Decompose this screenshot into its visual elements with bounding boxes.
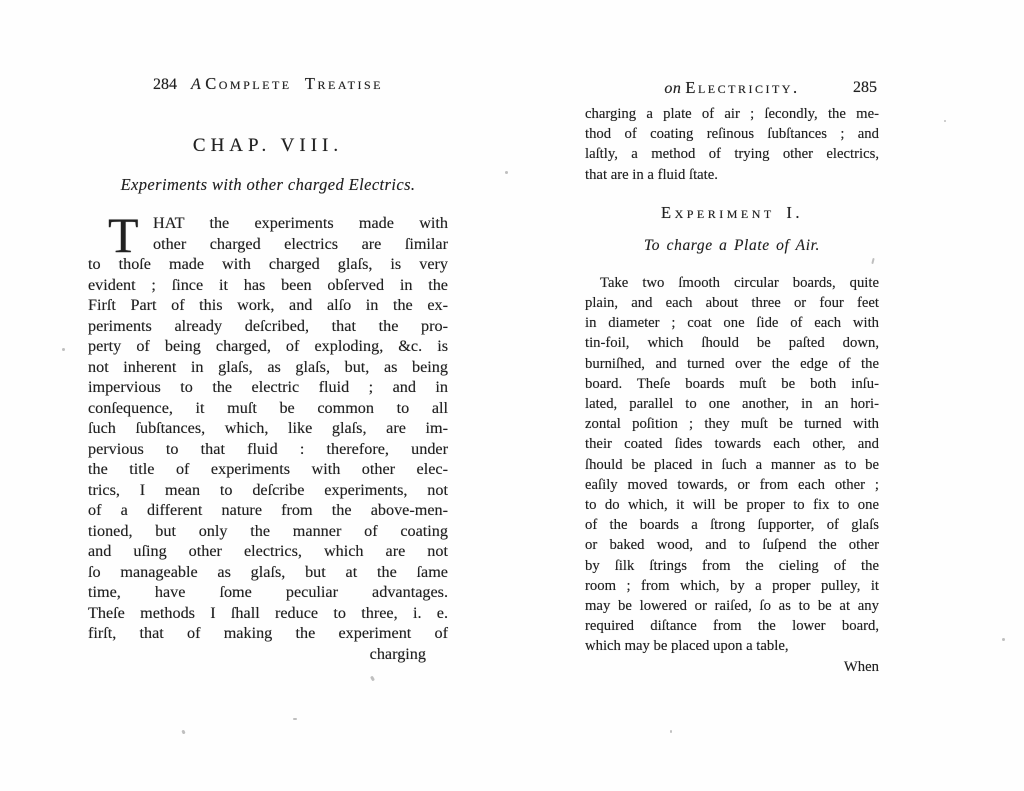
text-line: the title of experiments with other elec… — [88, 459, 448, 480]
text-line: by ſilk ſtrings from the cieling of the — [585, 556, 879, 576]
scan-speck — [944, 120, 946, 122]
text-line: ſuch ſubſtances, which, like glaſs, are … — [88, 418, 448, 439]
chapter-heading: CHAP. VIII. — [88, 134, 448, 158]
right-body-text: Take two ſmooth circular boards, quitepl… — [585, 273, 879, 677]
scan-speck — [181, 730, 185, 735]
text-line: or baked wood, and to ſuſpend the other — [585, 535, 879, 555]
right-page: on Electricity. 285 charging a plate of … — [585, 78, 879, 677]
header-title-caps: Electricity. — [685, 78, 799, 97]
left-body-lines: HAT the experiments made withother charg… — [88, 213, 448, 644]
text-line: in diameter ; coat one ſide of each with — [585, 313, 879, 333]
text-line: trics, I mean to deſcribe experiments, n… — [88, 480, 448, 501]
right-header-title: on Electricity. — [664, 78, 799, 99]
text-line: periments already deſcribed, that the pr… — [88, 316, 448, 337]
text-line: other charged electrics are ſimilar — [88, 234, 448, 255]
text-line: Firſt Part of this work, and alſo in the… — [88, 295, 448, 316]
text-line: room ; from which, by a proper pulley, i… — [585, 576, 879, 596]
book-scan-spread: 284 A Complete Treatise CHAP. VIII. Expe… — [0, 0, 1024, 791]
right-header-group: on Electricity. — [585, 78, 879, 99]
left-body-text: T HAT the experiments made withother cha… — [88, 213, 448, 664]
header-title-caps: Complete Treatise — [205, 74, 383, 93]
text-line: zontal poſition ; they muſt be turned wi… — [585, 414, 879, 434]
text-line: that are in a fluid ſtate. — [585, 165, 879, 185]
scan-speck — [670, 730, 672, 733]
text-line: laſtly, a method of trying other electri… — [585, 144, 879, 164]
right-catchword-row: When — [585, 657, 879, 677]
text-line: ſhould be placed in ſuch a manner as to … — [585, 455, 879, 475]
scan-speck — [370, 676, 375, 682]
text-line: lated, parallel to one another, in an ho… — [585, 394, 879, 414]
right-running-header: on Electricity. 285 — [585, 78, 879, 98]
catchword: charging — [370, 645, 426, 663]
text-line: Take two ſmooth circular boards, quite — [585, 273, 879, 293]
right-intro-text: charging a plate of air ; ſecondly, the … — [585, 104, 879, 185]
text-line: Theſe methods I ſhall reduce to three, i… — [88, 603, 448, 624]
text-line: and uſing other electrics, which are not — [88, 541, 448, 562]
text-line: ſo manageable as glaſs, but at the ſame — [88, 562, 448, 583]
right-intro-lines: charging a plate of air ; ſecondly, the … — [585, 104, 879, 185]
right-page-number: 285 — [853, 78, 877, 98]
experiment-heading: Experiment I. — [585, 203, 879, 223]
text-line: which may be placed upon a table, — [585, 636, 879, 656]
text-line: time, have ſome peculiar advantages. — [88, 582, 448, 603]
text-line: to thoſe made with charged glaſs, is ver… — [88, 254, 448, 275]
left-catchword-row: charging — [88, 644, 448, 665]
text-line: board. Theſe boards muſt be both inſu- — [585, 374, 879, 394]
text-line: their coated ſides towards each other, a… — [585, 434, 879, 454]
text-line: not inherent in glaſs, as glaſs, but, as… — [88, 357, 448, 378]
header-prefix-italic: on — [664, 80, 681, 97]
text-line: charging a plate of air ; ſecondly, the … — [585, 104, 879, 124]
scan-speck — [1002, 638, 1005, 641]
text-line: thod of coating reſinous ſubſtances ; an… — [585, 124, 879, 144]
text-line: of a different nature from the above-men… — [88, 500, 448, 521]
scan-speck — [293, 718, 297, 720]
left-page: 284 A Complete Treatise CHAP. VIII. Expe… — [88, 74, 448, 664]
text-line: firſt, that of making the experiment of — [88, 623, 448, 644]
text-line: of the boards a ſtrong ſupporter, of gla… — [585, 515, 879, 535]
text-line: tioned, but only the manner of coating — [88, 521, 448, 542]
text-line: burniſhed, and turned over the edge of t… — [585, 354, 879, 374]
left-page-number: 284 — [153, 75, 177, 95]
header-prefix-italic: A — [191, 76, 201, 93]
text-line: pervious to that fluid : therefore, unde… — [88, 439, 448, 460]
text-line: conſequence, it muſt be common to all — [88, 398, 448, 419]
text-line: eaſily moved towards, or from each other… — [585, 475, 879, 495]
text-line: tin-foil, which ſhould be paſted down, — [585, 333, 879, 353]
left-running-header: 284 A Complete Treatise — [88, 74, 448, 94]
text-line: plain, and each about three or four feet — [585, 293, 879, 313]
right-body-lines: Take two ſmooth circular boards, quitepl… — [585, 273, 879, 657]
catchword: When — [844, 659, 879, 675]
experiment-subtitle: To charge a Plate of Air. — [585, 236, 879, 256]
text-line: may be lowered or raiſed, ſo as to be at… — [585, 596, 879, 616]
scan-speck — [505, 171, 508, 174]
text-line: HAT the experiments made with — [88, 213, 448, 234]
chapter-subtitle: Experiments with other charged Electrics… — [88, 174, 448, 195]
scan-speck — [62, 348, 65, 351]
text-line: required diſtance from the lower board, — [585, 616, 879, 636]
text-line: evident ; ſince it has been obſerved in … — [88, 275, 448, 296]
text-line: perty of being charged, of exploding, &c… — [88, 336, 448, 357]
drop-cap: T — [108, 215, 139, 255]
text-line: to do which, it will be proper to fix to… — [585, 495, 879, 515]
left-header-group: 284 A Complete Treatise — [88, 74, 448, 95]
left-header-title: A Complete Treatise — [191, 74, 383, 95]
text-line: impervious to the electric fluid ; and i… — [88, 377, 448, 398]
